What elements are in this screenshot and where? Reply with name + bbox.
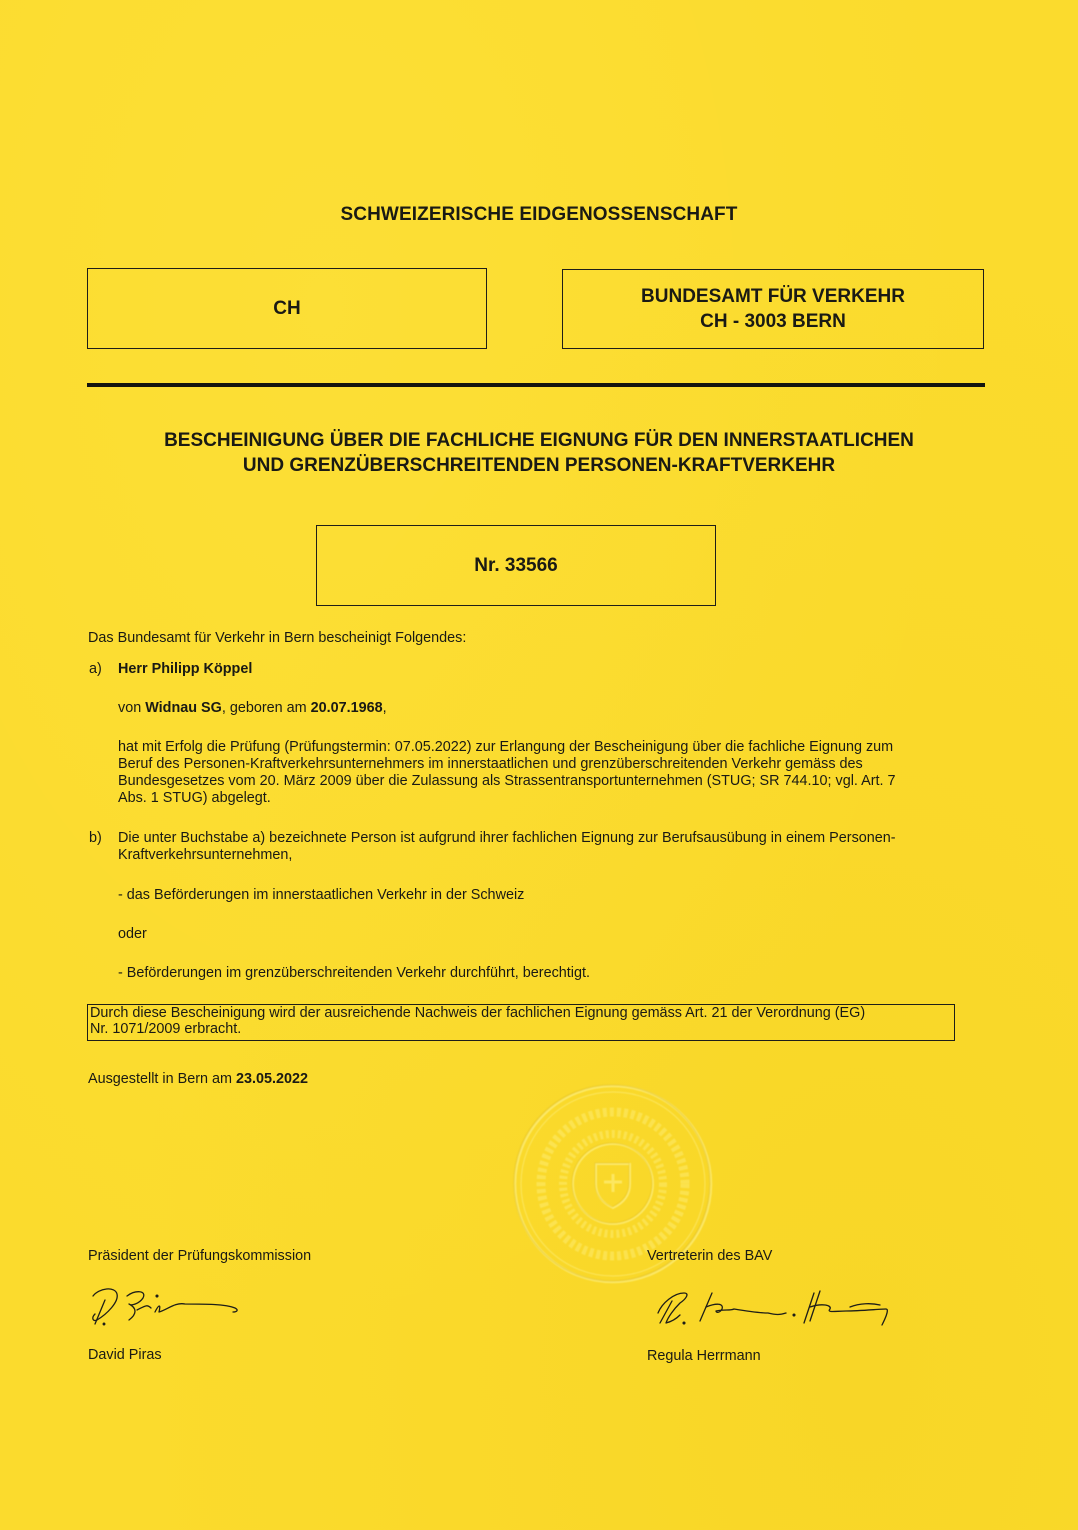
section-a-marker: a) bbox=[89, 661, 102, 678]
country-code: CH bbox=[273, 296, 300, 321]
certificate-number-box: Nr. 33566 bbox=[316, 525, 716, 606]
connector-text: oder bbox=[118, 926, 988, 943]
country-heading: SCHWEIZERISCHE EIDGENOSSENSCHAFT bbox=[0, 204, 1078, 226]
issue-date: 23.05.2022 bbox=[236, 1071, 308, 1087]
exam-line: Bundesgesetzes vom 20. März 2009 über di… bbox=[118, 773, 988, 790]
person-name: Herr Philipp Köppel bbox=[118, 661, 988, 678]
section-b-line: Kraftverkehrsunternehmen, bbox=[118, 847, 988, 864]
section-b-paragraph: Die unter Buchstabe a) bezeichnete Perso… bbox=[118, 830, 988, 864]
right-signatory-role: Vertreterin des BAV bbox=[647, 1248, 772, 1264]
origin-place: Widnau SG bbox=[145, 700, 222, 716]
eu-regulation-notice: Durch diese Bescheinigung wird der ausre… bbox=[87, 1004, 955, 1041]
origin-line: von Widnau SG, geboren am 20.07.1968, bbox=[118, 700, 988, 717]
domestic-transport-item: - das Beförderungen im innerstaatlichen … bbox=[118, 887, 988, 904]
cross-border-transport-item: - Beförderungen im grenzüberschreitenden… bbox=[118, 965, 988, 982]
issue-prefix: Ausgestellt in Bern am bbox=[88, 1071, 236, 1087]
notice-line: Nr. 1071/2009 erbracht. bbox=[90, 1021, 954, 1037]
exam-line: Beruf des Personen-Kraftverkehrsunterneh… bbox=[118, 756, 988, 773]
exam-line: hat mit Erfolg die Prüfung (Prüfungsterm… bbox=[118, 739, 988, 756]
authority-box: BUNDESAMT FÜR VERKEHR CH - 3003 BERN bbox=[562, 269, 984, 349]
authority-address: CH - 3003 BERN bbox=[700, 309, 846, 334]
document-title: BESCHEINIGUNG ÜBER DIE FACHLICHE EIGNUNG… bbox=[0, 428, 1078, 478]
origin-mid: , geboren am bbox=[222, 700, 311, 716]
section-b-line: Die unter Buchstabe a) bezeichnete Perso… bbox=[118, 830, 988, 847]
origin-prefix: von bbox=[118, 700, 145, 716]
right-signatory-name: Regula Herrmann bbox=[647, 1348, 761, 1364]
issue-statement: Ausgestellt in Bern am 23.05.2022 bbox=[88, 1071, 308, 1088]
exam-line: Abs. 1 STUG) abgelegt. bbox=[118, 790, 988, 807]
certificate-number: Nr. 33566 bbox=[474, 553, 557, 578]
authority-name: BUNDESAMT FÜR VERKEHR bbox=[641, 284, 905, 309]
document-title-line-1: BESCHEINIGUNG ÜBER DIE FACHLICHE EIGNUNG… bbox=[0, 428, 1078, 453]
intro-text: Das Bundesamt für Verkehr in Bern besche… bbox=[88, 630, 466, 647]
notice-line: Durch diese Bescheinigung wird der ausre… bbox=[90, 1005, 954, 1021]
left-signatory-name: David Piras bbox=[88, 1347, 162, 1363]
origin-suffix: , bbox=[383, 700, 387, 716]
section-b-marker: b) bbox=[89, 830, 102, 847]
birth-date: 20.07.1968 bbox=[311, 700, 383, 716]
exam-paragraph: hat mit Erfolg die Prüfung (Prüfungsterm… bbox=[118, 739, 988, 807]
header-divider bbox=[87, 383, 985, 387]
country-code-box: CH bbox=[87, 268, 487, 349]
document-title-line-2: UND GRENZÜBERSCHREITENDEN PERSONEN-KRAFT… bbox=[0, 453, 1078, 478]
right-signature-icon bbox=[650, 1285, 970, 1330]
left-signatory-role: Präsident der Prüfungskommission bbox=[88, 1248, 311, 1264]
left-signature-icon bbox=[85, 1282, 255, 1332]
